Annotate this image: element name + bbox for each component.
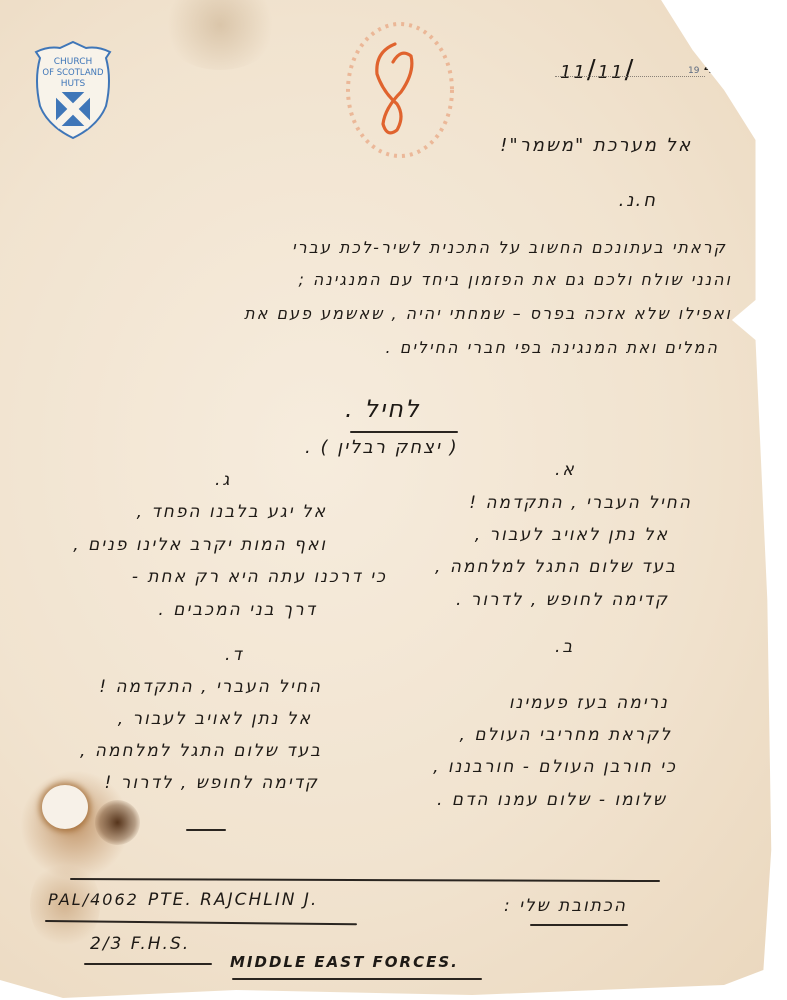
force: MIDDLE EAST FORCES. [230,953,459,971]
title-underline [350,431,458,433]
stanza-1-line-1: החיל העברי , התקדמה ! [469,488,692,519]
greeting: ח.נ. [619,185,657,216]
stanza-4-line-1: החיל העברי , התקדמה ! [99,672,322,703]
name-underline [45,920,357,925]
stanza-2-line-1: נרימה בעז פעמינו [509,688,669,719]
stanza-2-line-3: כי חורבן העולם - חורבננו , [433,752,677,783]
footer-top-rule [70,878,660,882]
svg-text:OF SCOTLAND: OF SCOTLAND [42,68,104,78]
unit: 2/3 F.H.S. [90,934,190,954]
svg-text:HUTS: HUTS [61,79,86,89]
address-label: הכתובת שלי : [504,896,627,916]
archive-number-mark [335,12,455,162]
stanza-3-line-2: ואף המות יקרב אלינו פנים , [73,530,327,561]
saltire-shield-icon: CHURCH OF SCOTLAND HUTS [32,40,114,142]
intro-line-4: המלים ואת המנגינה בפי חברי החילים . [386,332,719,363]
church-of-scotland-crest: CHURCH OF SCOTLAND HUTS [32,40,114,142]
intro-line-3: ואפילו שלא אזכה בפרס – שמחתי יהיה , שאשמ… [244,298,732,329]
burn-hole [42,785,88,829]
stanza-4-label: ד. [225,640,244,671]
addressee: אל מערכת "משמר"! [500,130,692,161]
stanza-4-line-2: אל נתן לאויב לעבור , [118,704,312,735]
unit-underline [84,963,212,965]
service-number: PAL/4062 [48,890,139,909]
date-year: 40 [704,58,730,78]
date-dotted-line [555,76,705,77]
printed-century: 19 [688,66,699,76]
letter-paper: CHURCH OF SCOTLAND HUTS 11/11/ 19 40 אל … [0,0,787,1000]
poem-author: ( יצחק רבלין ) . [305,437,459,458]
force-underline [232,978,482,980]
stanza-1-line-2: אל נתן לאויב לעבור , [475,520,669,551]
water-stain [160,0,280,70]
dark-burn-spot [95,800,140,845]
stanza-3-line-3: כי דרכנו עתה היא רק אחת - [132,562,387,593]
intro-line-2: והנני שולח ולכם גם את הפזמון ביחד עם המנ… [298,264,732,295]
stanza-3-line-4: דרך בני המכבים . [158,595,317,626]
poem-title: לחיל . [345,395,421,423]
poem-end-mark [186,829,226,831]
stanza-1-line-4: קדימה לחופש , לדרור . [456,585,669,616]
stanza-2-label: ב. [555,632,574,663]
address-label-underline [530,924,628,926]
stanza-4-line-3: בעד שלום התגל למלחמה , [80,736,322,767]
stanza-1-label: א. [555,455,576,486]
stanza-2-line-2: לקראת מחריבי העולם , [460,720,672,751]
stanza-3-line-1: אל יגע בלבנו הפחד , [137,497,327,528]
date-day-month: 11/11/ [560,55,635,85]
stanza-3-label: ג. [215,465,231,496]
stanza-1-line-3: בעד שלום התגל למלחמה , [435,552,677,583]
stanza-4-line-4: קדימה לחופש , לדרור ! [105,768,319,799]
svg-text:CHURCH: CHURCH [54,57,93,67]
intro-line-1: קראתי בעתונכם החשוב על התכנית לשיר-לכת ע… [292,232,727,263]
stanza-2-line-4: שלומו - שלום עמנו הדם . [437,785,667,816]
soldier-rank-name: PTE. RAJCHLIN J. [148,890,318,910]
